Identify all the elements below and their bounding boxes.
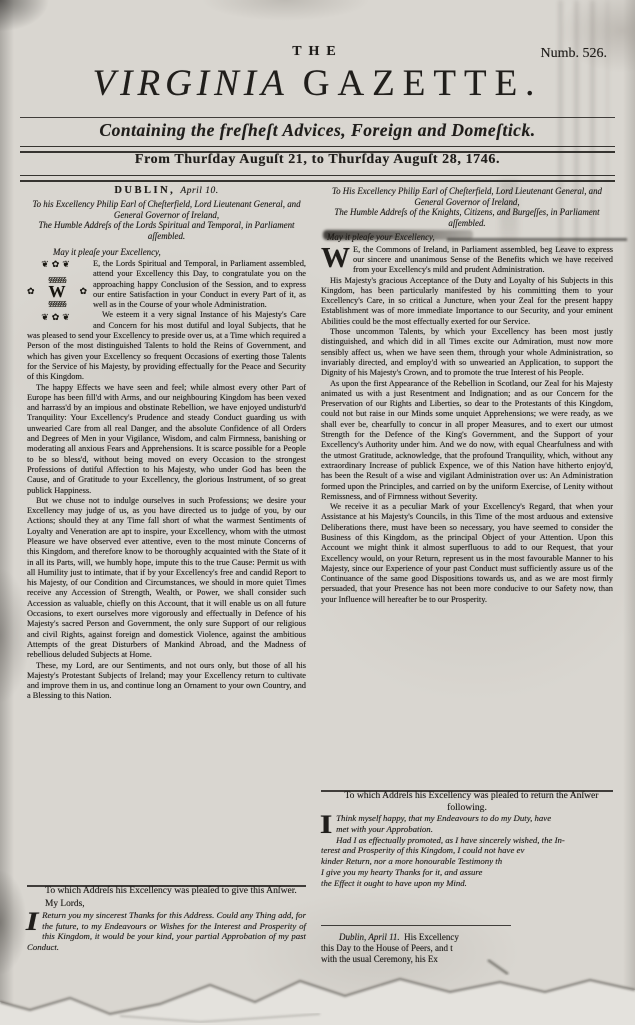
left-paragraph-1-text: E, the Lords Spiritual and Temporal, in …: [93, 259, 306, 309]
right-salutation-smudged: May it pleaſe your Excellency,: [327, 232, 613, 242]
right-answer-body: I Think myself happy, that my Endeavours…: [321, 813, 613, 889]
right-paragraph-5: We receive it as a peculiar Mark of your…: [321, 502, 613, 605]
left-paragraph-1: ❦✿❦ ✿ §§§§§§§ W §§§§§§§ ✿ ❦✿❦ E, the Lor…: [27, 259, 306, 310]
masthead-title-gazette: GAZETTE.: [303, 63, 543, 104]
left-address-to: To his Excellency Philip Earl of Cheſter…: [27, 199, 306, 220]
left-column: DUBLIN, April 10. To his Excellency Phil…: [27, 186, 306, 996]
right-column: To His Excellency Philip Earl of Cheſter…: [321, 186, 613, 996]
left-paragraph-5: These, my Lord, are our Sentiments, and …: [27, 661, 306, 702]
left-dateline-head: DUBLIN, April 10.: [27, 186, 306, 196]
right-answer-line: kinder Return, nor a more honourable Tes…: [321, 856, 613, 867]
news-line-1: Dublin, April 11. His Excellency: [321, 932, 613, 943]
issue-dateline: From Thurſday Auguſt 21, to Thurſday Aug…: [0, 152, 635, 168]
right-answer-line: met with your Approbation.: [336, 824, 613, 835]
masthead-rule-1: [20, 117, 615, 118]
drop-cap-i-left: I: [26, 911, 39, 933]
right-answer-line: terest and Prosperity of this Kingdom, I…: [321, 845, 613, 856]
masthead-title-virginia: VIRGINIA: [93, 63, 289, 104]
right-salutation-text: May it pleaſe your Excellency,: [327, 232, 435, 242]
issue-number: Numb. 526.: [541, 46, 608, 62]
right-paragraph-1-text: E, the Commons of Ireland, in Parliament…: [353, 245, 613, 275]
drop-cap-i-right: I: [320, 814, 333, 836]
left-answer-section: To which Addreſs his Excellency was plea…: [27, 885, 306, 953]
left-dateline-date: April 10.: [180, 186, 218, 196]
fleuron-ornament-bottom: ❦✿❦: [27, 314, 87, 323]
fleuron-ornament-left: ✿: [27, 287, 35, 297]
left-salutation: May it pleaſe your Excellency,: [53, 247, 306, 257]
ornament-factotum: ❦✿❦ ✿ §§§§§§§ W §§§§§§§ ✿ ❦✿❦: [27, 261, 87, 323]
fleuron-ornament-right: ✿: [79, 287, 87, 297]
right-paragraph-4: As upon the first Appearance of the Rebe…: [321, 379, 613, 503]
left-answer-rule: [27, 885, 306, 887]
right-address-to: To His Excellency Philip Earl of Cheſter…: [321, 186, 613, 207]
masthead-subtitle: Containing the freſheſt Advices, Foreign…: [0, 120, 635, 141]
masthead-title: VIRGINIAGAZETTE.: [0, 62, 635, 105]
left-paragraph-3: The happy Effects we have seen and feel;…: [27, 383, 306, 496]
right-address-title: The Humble Addreſs of the Knights, Citiz…: [321, 207, 613, 228]
factotum-center: §§§§§§§ W §§§§§§§: [48, 276, 66, 308]
news-line-1-text: His Excellency: [404, 932, 459, 942]
fleuron-ornament-top: ❦✿❦: [27, 261, 87, 270]
left-paragraph-4: But we chuse not to indulge ourselves in…: [27, 496, 306, 661]
drop-cap-w: W: [49, 284, 66, 300]
right-answer-section: To which Addreſs his Excellency was plea…: [321, 790, 613, 889]
right-answer-line: I give you my hearty Thanks for it, and …: [321, 867, 613, 878]
drop-cap-w-right: W: [321, 246, 350, 270]
ink-smear-line: [447, 238, 627, 241]
left-address-title: The Humble Addreſs of the Lords Spiritua…: [27, 220, 306, 241]
right-paragraph-3: Those uncommon Talents, by which your Ex…: [321, 327, 613, 378]
right-answer-line: Had I as effectually promoted, as I have…: [336, 835, 613, 846]
masthead-rule-3: [20, 175, 615, 182]
section-mark-row-bottom: §§§§§§§: [48, 300, 66, 308]
right-paragraph-2: His Majesty's gracious Acceptance of the…: [321, 276, 613, 327]
left-dateline-city: DUBLIN,: [114, 185, 175, 196]
right-paragraph-1: WE, the Commons of Ireland, in Parliamen…: [321, 245, 613, 276]
news-dateline: Dublin, April 11.: [339, 932, 400, 942]
right-answer-line: the Effect it ought to have upon my Mind…: [321, 878, 613, 889]
right-answer-line: Think myself happy, that my Endeavours t…: [336, 813, 613, 824]
left-answer-body: IReturn you my sincerest Thanks for this…: [27, 910, 306, 953]
news-short-rule: [321, 925, 511, 926]
left-answer-salutation: My Lords,: [45, 899, 306, 909]
left-answer-text: Return you my sincerest Thanks for this …: [27, 910, 306, 952]
torn-paper-edge: [0, 952, 635, 1025]
right-answer-rule: [321, 790, 613, 792]
newspaper-page: THE Numb. 526. VIRGINIAGAZETTE. Containi…: [0, 0, 635, 1025]
right-answer-heading: To which Addreſs his Excellency was plea…: [321, 790, 613, 813]
factotum-middle: ✿ §§§§§§§ W §§§§§§§ ✿: [27, 276, 87, 308]
